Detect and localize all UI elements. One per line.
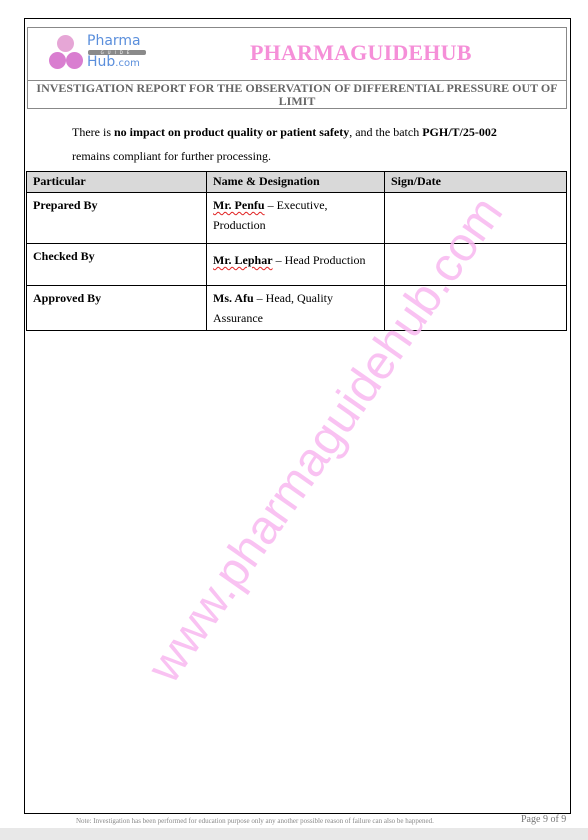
emphasis: no impact on product quality or patient [114, 125, 316, 139]
particular-cell: Checked By [27, 244, 207, 286]
logo-hub: Hub [87, 54, 115, 70]
logo-circle-icon [57, 35, 74, 52]
designation: – Head Production [273, 253, 366, 267]
sign-cell[interactable] [385, 193, 567, 244]
header: Pharma GUIDE Hub.com PHARMAGUIDEHUB [27, 27, 567, 80]
particular: Approved By [33, 291, 101, 305]
particular-cell: Approved By [27, 286, 207, 331]
table-header-row: Particular Name & Designation Sign/Date [27, 172, 567, 193]
person-name: Mr. Lephar [213, 253, 273, 267]
particular: Prepared By [33, 198, 98, 212]
sign-cell[interactable] [385, 244, 567, 286]
person-name: Ms. Afu [213, 291, 254, 305]
brand-name: PHARMAGUIDEHUB [250, 40, 472, 66]
logo-text-hub: Hub.com [87, 54, 140, 70]
logo-text-pharma: Pharma [87, 33, 141, 49]
column-header: Particular [27, 172, 207, 193]
conclusion-paragraph: There is no impact on product quality or… [72, 120, 532, 168]
report-title: INVESTIGATION REPORT FOR THE OBSERVATION… [27, 80, 567, 109]
name-cell: Ms. Afu – Head, Quality Assurance [207, 286, 385, 331]
sign-cell[interactable] [385, 286, 567, 331]
name-cell: Mr. Penfu – Executive, Production [207, 193, 385, 244]
logo-com: .com [115, 58, 140, 69]
text: There is [72, 125, 114, 139]
table-row: Prepared By Mr. Penfu – Executive, Produ… [27, 193, 567, 244]
particular: Checked By [33, 249, 95, 263]
page-gap [0, 828, 588, 840]
text: safety [316, 125, 349, 139]
page-number: Page 9 of 9 [521, 814, 566, 825]
footer-note: Note: Investigation has been performed f… [76, 817, 434, 825]
batch-number: PGH/T/25-002 [422, 125, 497, 139]
logo-circle-icon [49, 52, 66, 69]
text: , and the batch [349, 125, 422, 139]
column-header: Name & Designation [207, 172, 385, 193]
particular-cell: Prepared By [27, 193, 207, 244]
table-row: Approved By Ms. Afu – Head, Quality Assu… [27, 286, 567, 331]
text: remains compliant for further processing… [72, 149, 271, 163]
approval-table: Particular Name & Designation Sign/Date … [26, 171, 567, 331]
logo-circle-icon [66, 52, 83, 69]
name-cell: Mr. Lephar – Head Production [207, 244, 385, 286]
table-row: Checked By Mr. Lephar – Head Production [27, 244, 567, 286]
person-name: Mr. Penfu [213, 198, 265, 212]
column-header: Sign/Date [385, 172, 567, 193]
logo: Pharma GUIDE Hub.com [46, 34, 156, 74]
